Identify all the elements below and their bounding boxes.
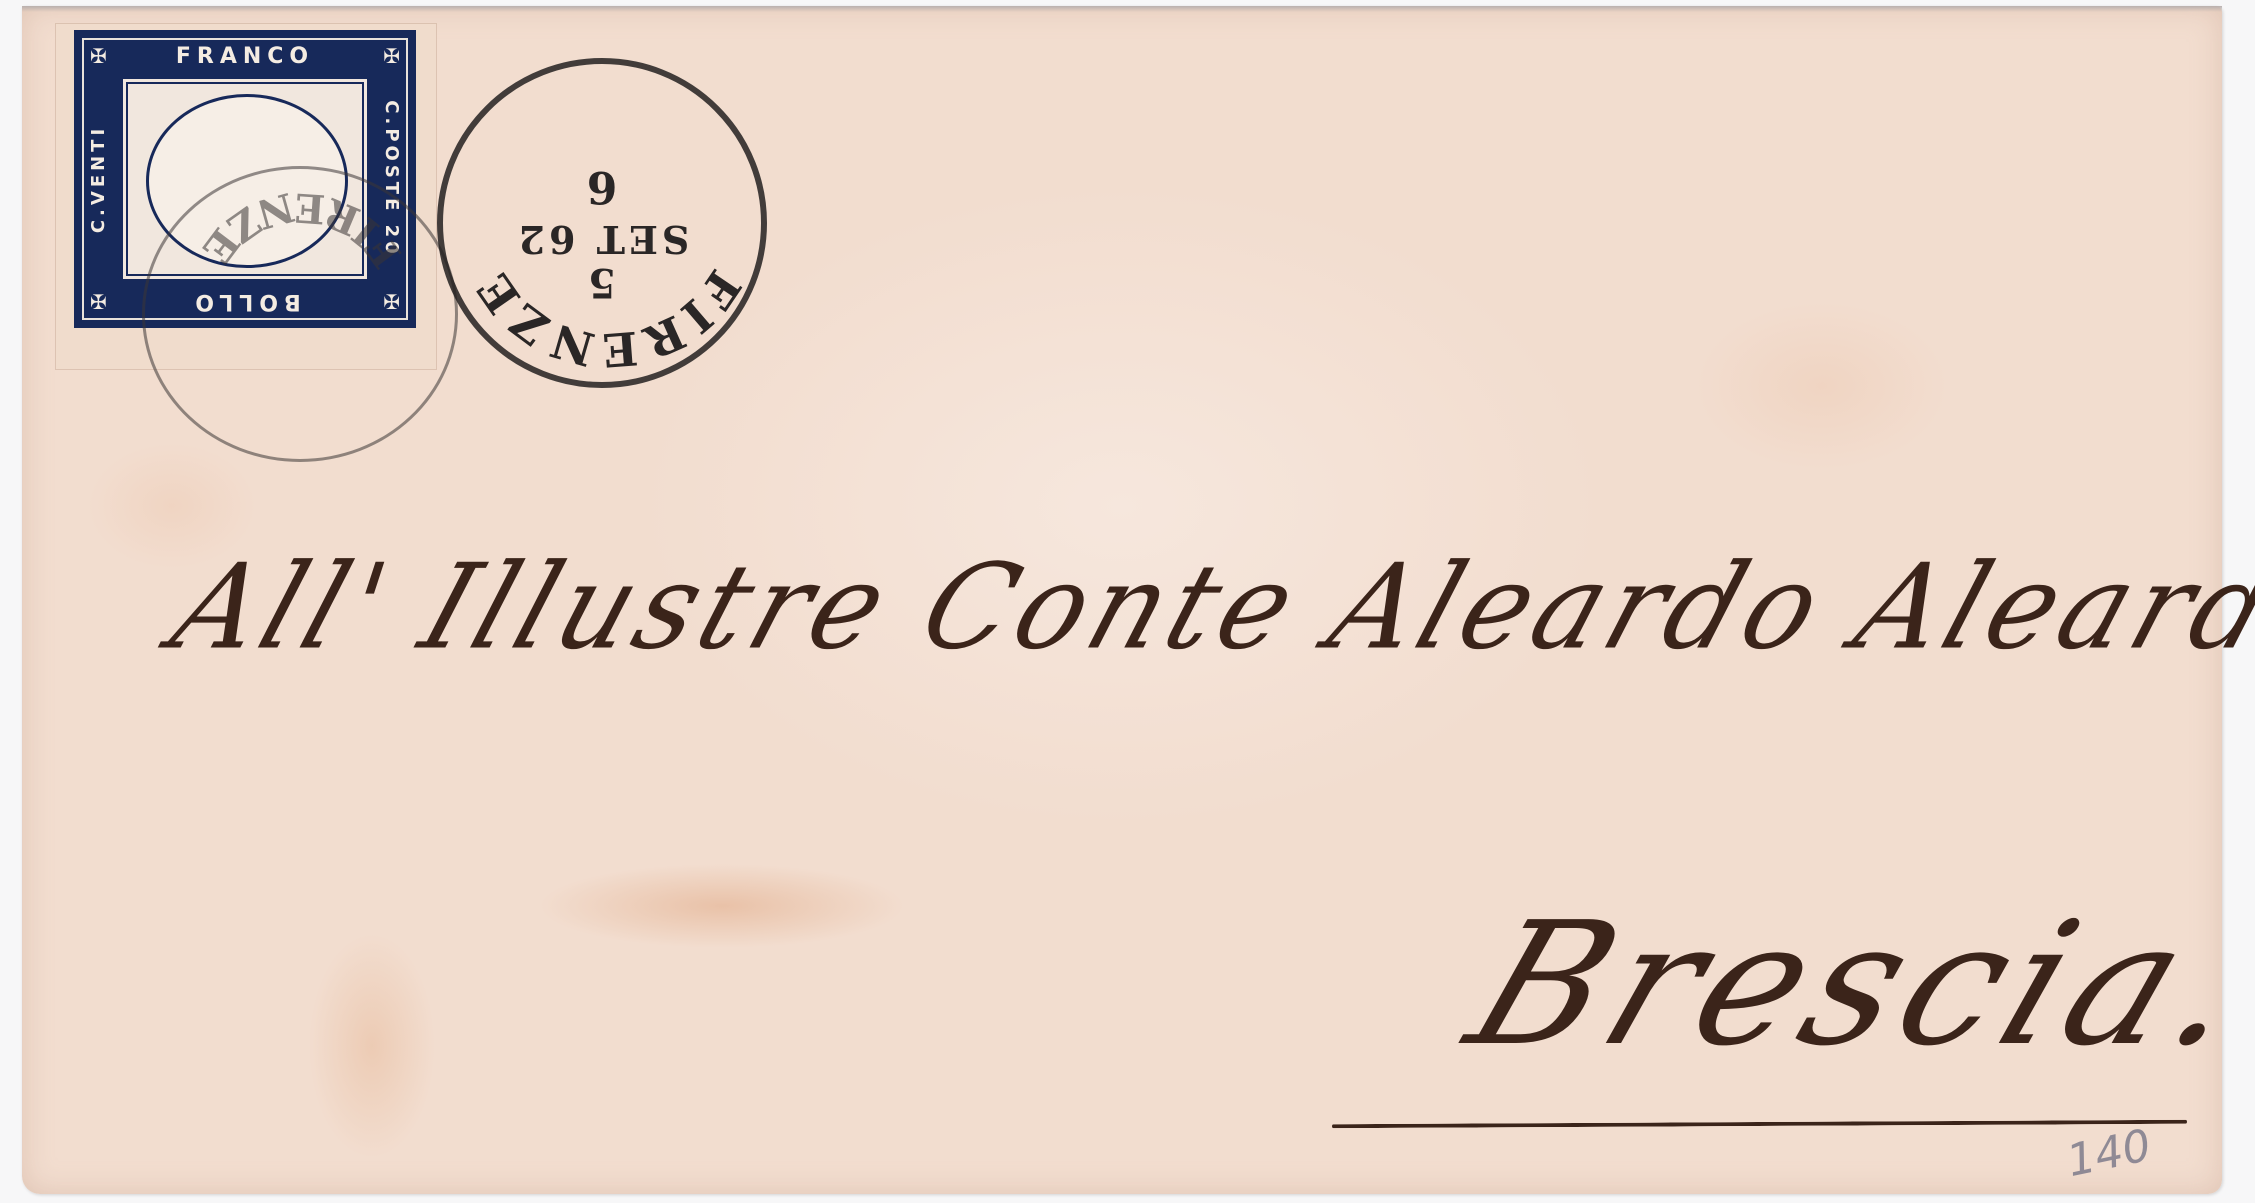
stamp-left-text: C.VENTI [88, 125, 109, 233]
firenze-postmark: FIRENZE 5 SET 62 6 [437, 58, 767, 388]
destination-city: Brescia. [1446, 886, 2255, 1084]
svg-text:FIRENZE: FIRENZE [189, 183, 411, 277]
postmark-month-year: SET 62 [443, 217, 761, 262]
postmark-hour: 6 [443, 161, 761, 212]
envelope: ✠ ✠ ✠ ✠ FRANCO BOLLO C.VENTI C.POSTE 20 … [22, 6, 2222, 1194]
stamp-top-text: FRANCO [74, 44, 416, 69]
postmark-arc-text: FIRENZE [145, 169, 455, 459]
addressee-line: All' Illustre Conte Aleardo Aleardi. [157, 540, 2255, 677]
secondary-postmark: FIRENZE [142, 166, 458, 462]
secondary-postmark-city: FIRENZE [189, 183, 411, 277]
postmark-inverted-group: FIRENZE 5 SET 62 6 [443, 64, 761, 382]
city-underline [1332, 1120, 2187, 1128]
pencil-note: 140 [2063, 1120, 2156, 1187]
postmark-day: 5 [443, 259, 761, 306]
